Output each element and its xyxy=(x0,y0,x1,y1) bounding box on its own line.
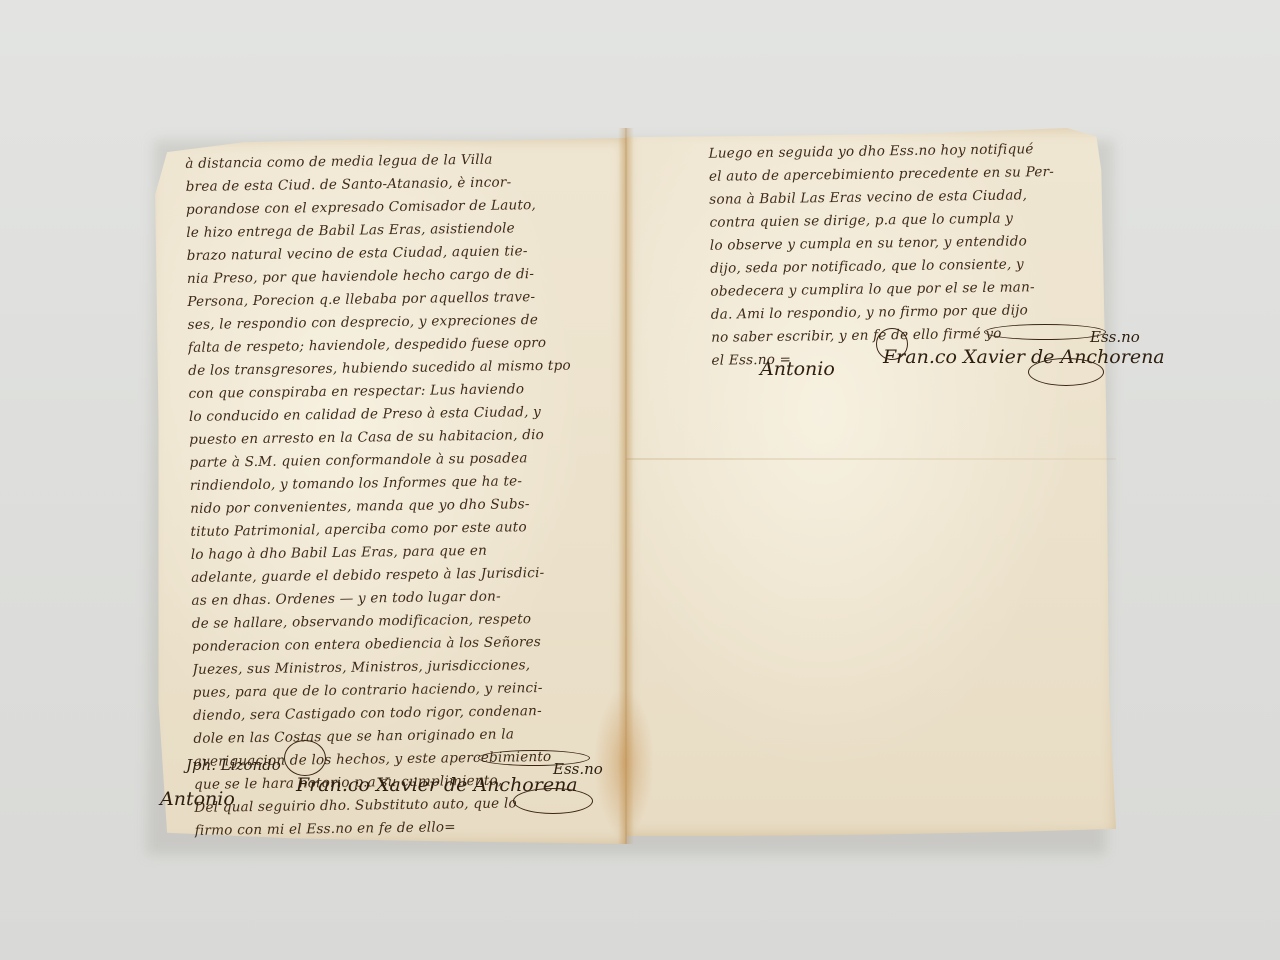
signature-antonio-left: Antonio xyxy=(160,788,235,810)
signature-antonio-right: Antonio xyxy=(760,358,835,380)
signature-lizondo: Jph. Lizondo xyxy=(186,756,281,774)
rubric-flourish-icon xyxy=(984,324,1106,340)
rubric-flourish-icon xyxy=(513,788,593,814)
rubric-flourish-icon xyxy=(876,328,908,360)
horizontal-crease xyxy=(626,458,1116,460)
signature-anchorena-right: Fran.co Xavier de Anchorena xyxy=(883,346,1165,368)
manuscript-sheet: à distancia como de media legua de la Vi… xyxy=(148,128,1116,844)
rubric-flourish-icon xyxy=(478,750,590,766)
rubric-flourish-icon xyxy=(284,740,326,776)
rubric-flourish-icon xyxy=(1028,358,1104,386)
left-page-text: à distancia como de media legua de la Vi… xyxy=(185,147,615,843)
